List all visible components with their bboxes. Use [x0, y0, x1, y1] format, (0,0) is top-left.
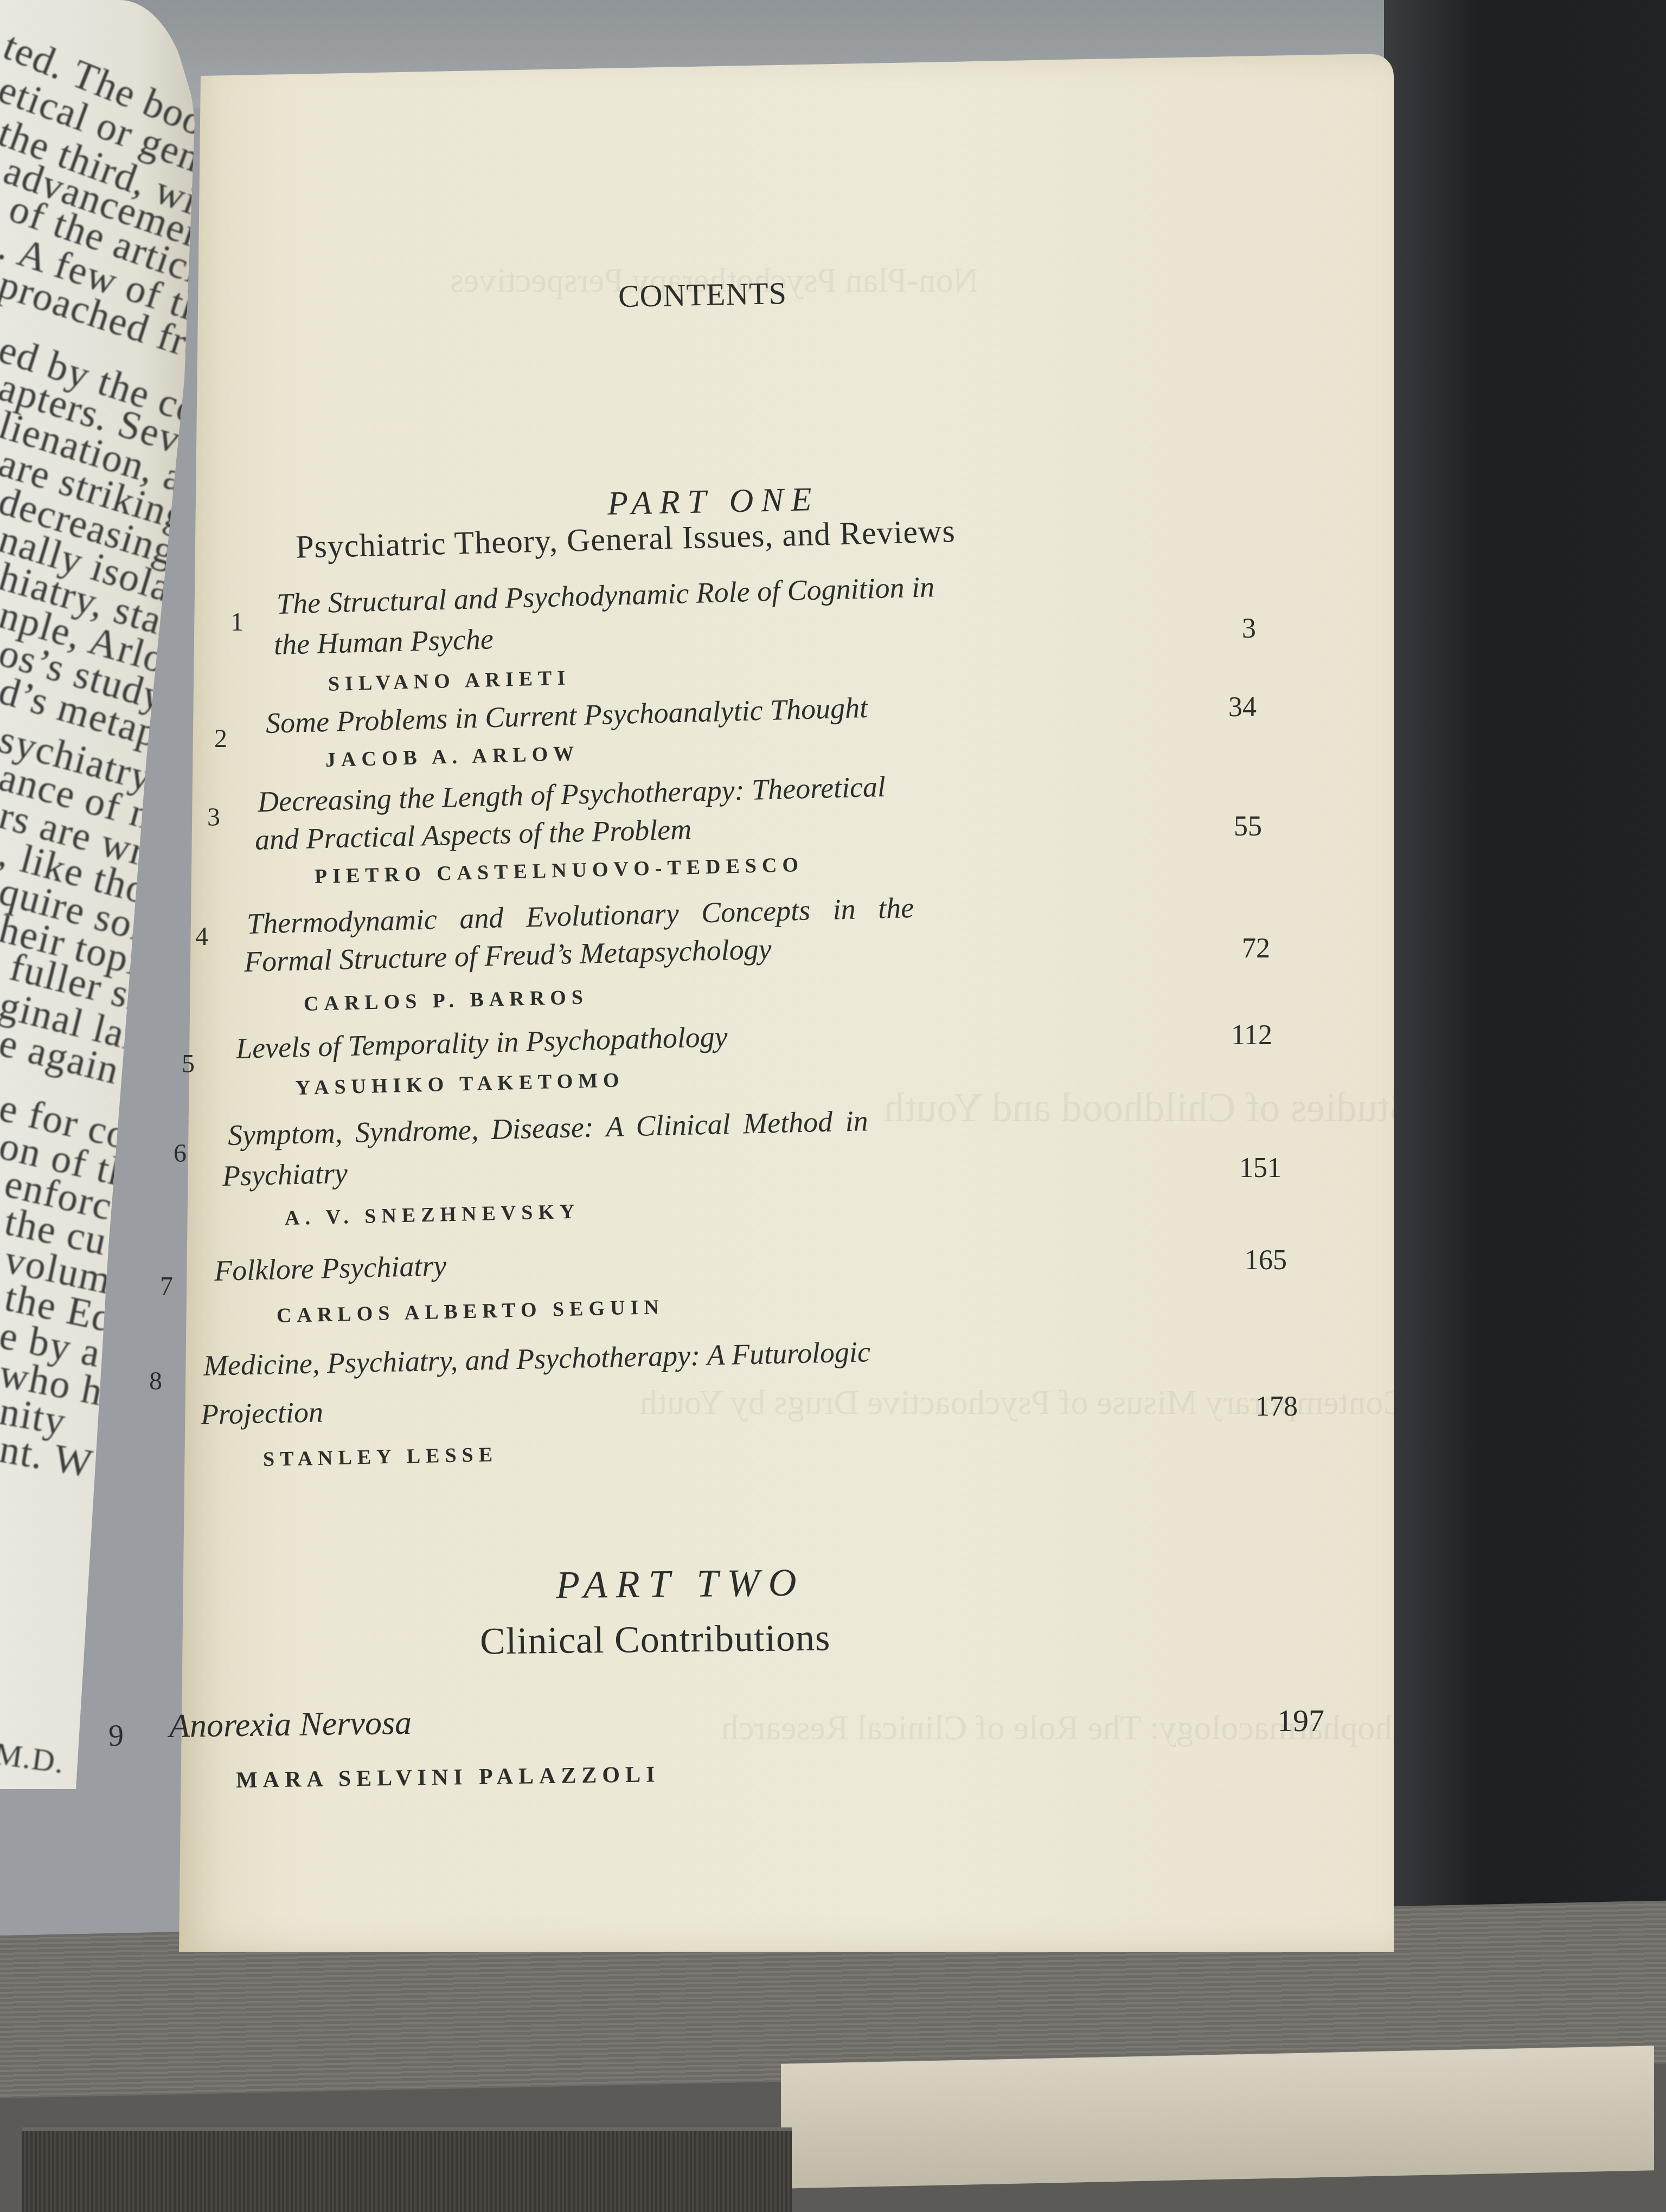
entry-9-title-line-1[interactable]: Anorexia Nervosa [169, 1705, 412, 1745]
entry-8-title-line-1[interactable]: Medicine, Psychiatry, and Psychotherapy:… [203, 1333, 870, 1384]
entry-5-number: 5 [182, 1049, 195, 1079]
entry-8-number: 8 [149, 1366, 162, 1396]
contents-heading: CONTENTS [618, 275, 787, 314]
entry-2-number: 2 [214, 724, 227, 754]
table-of-contents: CONTENTS PART ONE Psychiatric Theory, Ge… [0, 0, 1666, 2212]
entry-9-page: 197 [1277, 1702, 1324, 1739]
entry-8-title-line-2[interactable]: Projection [200, 1393, 323, 1433]
entry-2-title-line-1[interactable]: Some Problems in Current Psychoanalytic … [265, 689, 868, 742]
entry-1-title-line-2[interactable]: the Human Psyche [273, 620, 494, 663]
entry-9-author: MARA SELVINI PALAZZOLI [236, 1761, 661, 1793]
entry-8-page: 178 [1255, 1391, 1298, 1423]
entry-6-page: 151 [1239, 1152, 1281, 1184]
entry-6-number: 6 [174, 1139, 187, 1168]
entry-4-number: 4 [195, 922, 208, 951]
entry-9-number: 9 [108, 1719, 124, 1753]
entry-1-title-line-1[interactable]: The Structural and Psychodynamic Role of… [276, 568, 935, 622]
entry-6-title-line-1[interactable]: Symptom, Syndrome, Disease: A Clinical M… [227, 1102, 868, 1154]
entry-4-author: CARLOS P. BARROS [303, 985, 588, 1016]
entry-6-title-line-2[interactable]: Psychiatry [222, 1155, 348, 1194]
entry-4-page: 72 [1242, 933, 1270, 964]
entry-2-author: JACOB A. ARLOW [325, 742, 579, 772]
entry-5-page: 112 [1231, 1019, 1272, 1051]
entry-3-author: PIETRO CASTELNUOVO-TEDESCO [314, 853, 804, 889]
part-one-title: Psychiatric Theory, General Issues, and … [295, 512, 956, 566]
entry-7-author: CARLOS ALBERTO SEGUIN [277, 1295, 665, 1328]
entry-5-title-line-1[interactable]: Levels of Temporality in Psychopathology [235, 1018, 728, 1067]
entry-3-page: 55 [1234, 811, 1262, 843]
entry-1-author: SILVANO ARIETI [328, 666, 571, 696]
part-two-label: PART TWO [556, 1560, 805, 1608]
entry-7-number: 7 [160, 1271, 173, 1301]
entry-7-page: 165 [1245, 1244, 1287, 1276]
entry-1-number: 1 [230, 607, 244, 637]
entry-3-title-line-1[interactable]: Decreasing the Length of Psychotherapy: … [257, 768, 886, 820]
entry-2-page: 34 [1228, 691, 1257, 723]
entry-8-author: STANLEY LESSE [263, 1443, 498, 1471]
entry-4-title-line-1[interactable]: Thermodynamic and Evolutionary Concepts … [246, 889, 914, 942]
entry-3-number: 3 [207, 802, 220, 832]
entry-7-title-line-1[interactable]: Folklore Psychiatry [214, 1247, 447, 1289]
entry-6-author: A. V. SNEZHNEVSKY [285, 1200, 580, 1230]
part-two-title: Clinical Contributions [480, 1617, 831, 1664]
entry-5-author: YASUHIKO TAKETOMO [295, 1068, 625, 1100]
entry-1-page: 3 [1242, 613, 1256, 645]
